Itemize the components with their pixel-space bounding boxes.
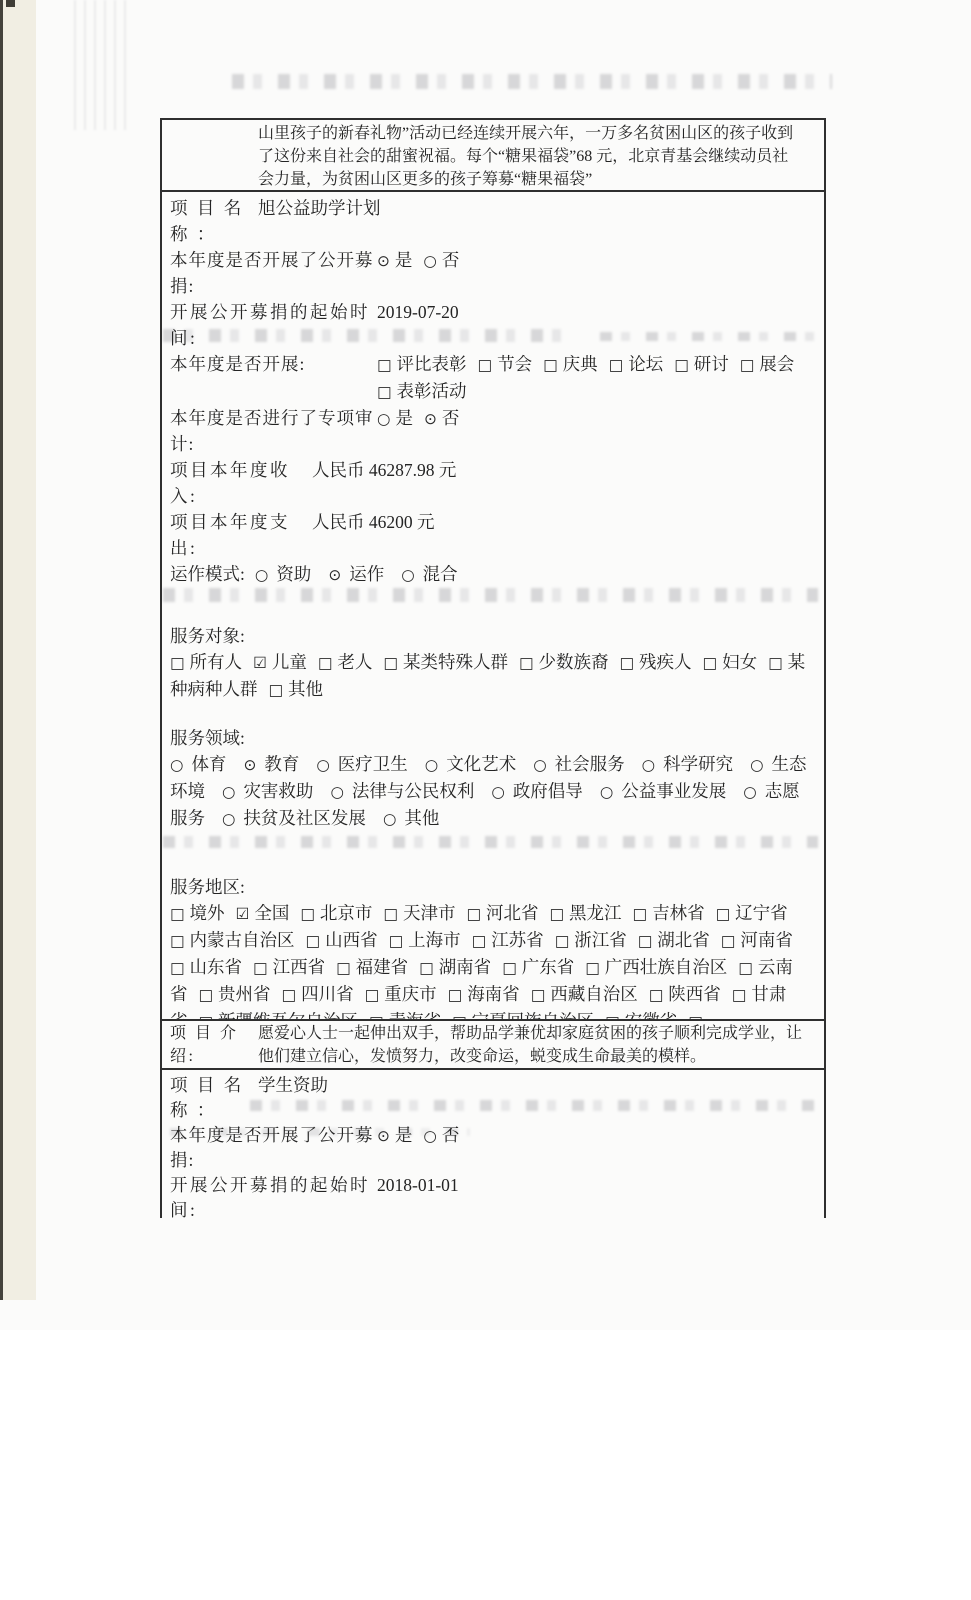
checkbox-option-残疾人[interactable]: □残疾人 (620, 652, 692, 672)
checkbox-option-安徽省[interactable]: □安徽省 (605, 1011, 677, 1021)
radio-icon: ○ (377, 410, 390, 428)
radio-option-是[interactable]: ⊙是 (377, 250, 412, 270)
project-brief-text: 愿爱心人士一起伸出双手，帮助品学兼优却家庭贫困的孩子顺利完成学业，让 他们建立信… (258, 1022, 814, 1068)
checkbox-option-湖北省[interactable]: □湖北省 (638, 930, 710, 950)
scan-bleed-artifact (232, 74, 832, 89)
scan-corner-artifact (6, 0, 15, 7)
checkbox-option-海南省[interactable]: □海南省 (448, 984, 520, 1004)
checkbox-option-福建省[interactable]: □福建省 (336, 957, 408, 977)
checkbox-option-河北省[interactable]: □河北省 (466, 903, 538, 923)
radio-option-教育[interactable]: ⊙教育 (243, 754, 299, 774)
radio-option-扶贫及社区发展[interactable]: ○扶贫及社区发展 (222, 808, 366, 828)
checkbox-icon: □ (609, 356, 624, 374)
radio-icon: ○ (222, 783, 235, 801)
checkbox-icon: □ (365, 986, 380, 1004)
checkbox-icon: □ (253, 959, 268, 977)
checkbox-option-全国[interactable]: ☑全国 (236, 903, 290, 923)
radio-icon: ○ (330, 783, 343, 801)
radio-selected-icon: ⊙ (328, 566, 341, 584)
checkbox-icon: □ (170, 654, 185, 672)
project1-details-cell: 项 目 名 称 ： 旭公益助学计划 本年度是否开展了公开募 捐: ⊙是○否 开展… (162, 192, 824, 1021)
checkbox-icon: □ (377, 356, 392, 374)
checkbox-icon: □ (674, 356, 689, 374)
radio-icon: ○ (170, 756, 183, 774)
public-fundraising-radio-group: ⊙是○否 (377, 1123, 814, 1173)
annual-report-form-table: 山里孩子的新春礼物”活动已经连续开展六年，一万多名贫困山区的孩子收到 了这份来自… (160, 118, 826, 1218)
checkbox-icon: □ (531, 986, 546, 1004)
radio-selected-icon: ⊙ (243, 756, 256, 774)
service-fields-label: 服务领域: (170, 725, 814, 751)
income-value: 人民币 46287.98 元 (312, 457, 814, 509)
checkbox-icon: □ (721, 932, 736, 950)
checkbox-option-山东省[interactable]: □山东省 (170, 957, 242, 977)
project1-name-row: 项 目 名 称 ： 旭公益助学计划 (170, 195, 814, 247)
checkbox-icon: □ (377, 383, 392, 401)
radio-icon: ○ (255, 566, 268, 584)
radio-option-其他[interactable]: ○其他 (383, 808, 439, 828)
checkbox-icon: □ (620, 654, 635, 672)
checkbox-icon: □ (732, 986, 747, 1004)
public-fundraising-radio-group: ⊙是○否 (377, 247, 814, 299)
checkbox-icon: □ (269, 681, 284, 699)
project-intro-continuation-cell: 山里孩子的新春礼物”活动已经连续开展六年，一万多名贫困山区的孩子收到 了这份来自… (162, 120, 824, 192)
project-intro-continuation-text: 山里孩子的新春礼物”活动已经连续开展六年，一万多名贫困山区的孩子收到 了这份来自… (258, 122, 814, 191)
radio-icon: ○ (425, 756, 438, 774)
expense-value: 人民币 46200 元 (312, 509, 814, 561)
checkbox-icon: □ (478, 356, 493, 374)
checkbox-option-少数族裔[interactable]: □少数族裔 (519, 652, 609, 672)
checkbox-icon: □ (336, 959, 351, 977)
checkbox-option-青海省[interactable]: □青海省 (369, 1011, 441, 1021)
service-fields-radio-group: ○体育⊙教育○医疗卫生○文化艺术○社会服务○科学研究○生态环境○灾害救助○法律与… (170, 751, 814, 832)
radio-icon: ○ (383, 810, 396, 828)
project1-income-row: 项目本年度收 入: 人民币 46287.98 元 (170, 457, 814, 509)
checkbox-option-妇女[interactable]: □妇女 (703, 652, 758, 672)
operation-mode-label: 运作模式: (170, 564, 245, 584)
project2-public-fundraising-row: 本年度是否开展了公开募 捐: ⊙是○否 (170, 1123, 814, 1173)
scanned-page-background: 山里孩子的新春礼物”活动已经连续开展六年，一万多名贫困山区的孩子收到 了这份来自… (0, 0, 971, 1330)
checkbox-icon: □ (369, 1013, 384, 1021)
fundraising-start-date: 2018-01-01 (377, 1173, 814, 1218)
spacer (170, 588, 814, 623)
radio-icon: ○ (533, 756, 546, 774)
checkbox-option-吉林省[interactable]: □吉林省 (633, 903, 705, 923)
checkbox-option-黑龙江[interactable]: □黑龙江 (550, 903, 622, 923)
checkbox-option-江苏省[interactable]: □江苏省 (472, 930, 544, 950)
radio-option-是[interactable]: ⊙是 (377, 1125, 412, 1145)
checkbox-option-天津市[interactable]: □天津市 (383, 903, 455, 923)
radio-option-医疗卫生[interactable]: ○医疗卫生 (316, 754, 407, 774)
checkbox-icon: □ (716, 905, 731, 923)
project1-brief-cell: 项 目 介 绍: 愿爱心人士一起伸出双手，帮助品学兼优却家庭贫困的孩子顺利完成学… (162, 1021, 824, 1070)
scanned-document-page: { "colors": { "ink": "#242424", "table_b… (0, 0, 971, 1600)
radio-icon: ○ (401, 566, 414, 584)
checkbox-icon: □ (703, 654, 718, 672)
checkbox-option-河南省[interactable]: □河南省 (721, 930, 793, 950)
checkbox-option-宁夏回族自治区[interactable]: □宁夏回族自治区 (452, 1011, 594, 1021)
checkbox-option-老人[interactable]: □老人 (318, 652, 373, 672)
project1-public-fundraising-row: 本年度是否开展了公开募 捐: ⊙是○否 (170, 247, 814, 299)
spacer (170, 832, 814, 874)
project2-name-row: 项 目 名 称 ： 学生资助 (170, 1073, 814, 1123)
checkbox-option-blank[interactable]: □ (688, 1011, 708, 1021)
checkbox-icon: □ (389, 932, 404, 950)
checkbox-icon: □ (738, 959, 753, 977)
fundraising-start-label: 开展公开募捐的起始时 间: (170, 1173, 377, 1218)
checkbox-icon: □ (649, 986, 664, 1004)
checkbox-icon: □ (638, 932, 653, 950)
checkbox-icon: □ (383, 654, 398, 672)
project2-fundraising-start-row: 开展公开募捐的起始时 间: 2018-01-01 (170, 1173, 814, 1218)
checkbox-icon: □ (502, 959, 517, 977)
radio-selected-icon: ⊙ (424, 410, 437, 428)
checkbox-option-论坛[interactable]: □论坛 (609, 354, 664, 374)
special-audit-radio-group: ○是⊙否 (377, 405, 814, 457)
checkbox-option-广西壮族自治区[interactable]: □广西壮族自治区 (585, 957, 727, 977)
operation-mode-radio-group: ○资助⊙运作○混合 (255, 564, 475, 584)
service-regions-checkbox-group: □境外☑全国□北京市□天津市□河北省□黑龙江□吉林省□辽宁省□内蒙古自治区□山西… (170, 900, 814, 1021)
expense-label: 项目本年度支 出: (170, 509, 312, 561)
scan-edge-line (0, 0, 3, 1300)
checkbox-icon: □ (543, 356, 558, 374)
radio-icon: ○ (750, 756, 763, 774)
checkbox-option-儿童[interactable]: ☑儿童 (253, 652, 307, 672)
project-brief-label: 项 目 介 绍: (170, 1022, 258, 1068)
fundraising-start-label: 开展公开募捐的起始时 间: (170, 299, 377, 351)
checkbox-icon: □ (466, 905, 481, 923)
project1-service-targets-group: 服务对象: □所有人☑儿童□老人□某类特殊人群□少数族裔□残疾人□妇女□某种病种… (170, 623, 814, 703)
project1-activities-row: 本年度是否开展: □评比表彰□节会□庆典□论坛□研讨□展会□表彰活动 (170, 351, 814, 405)
fundraising-start-date: 2019-07-20 (377, 299, 814, 351)
checkbox-option-内蒙古自治区[interactable]: □内蒙古自治区 (170, 930, 295, 950)
checkbox-option-重庆市[interactable]: □重庆市 (365, 984, 437, 1004)
project1-operation-mode-row: 运作模式:○资助⊙运作○混合 (170, 561, 814, 588)
radio-option-社会服务[interactable]: ○社会服务 (533, 754, 624, 774)
radio-option-是[interactable]: ○是 (377, 408, 413, 428)
checkbox-icon: □ (688, 1013, 703, 1021)
checkbox-icon: □ (519, 654, 534, 672)
checkbox-option-四川省[interactable]: □四川省 (282, 984, 354, 1004)
checkbox-option-贵州省[interactable]: □贵州省 (199, 984, 271, 1004)
project1-expense-row: 项目本年度支 出: 人民币 46200 元 (170, 509, 814, 561)
checkbox-icon: □ (555, 932, 570, 950)
checkbox-option-庆典[interactable]: □庆典 (543, 354, 598, 374)
checkbox-option-上海市[interactable]: □上海市 (389, 930, 461, 950)
public-fundraising-label: 本年度是否开展了公开募 捐: (170, 1123, 377, 1173)
radio-option-否[interactable]: ⊙否 (424, 408, 459, 428)
checkbox-icon: □ (199, 986, 214, 1004)
checkbox-option-境外[interactable]: □境外 (170, 903, 225, 923)
service-regions-label: 服务地区: (170, 874, 814, 900)
checkbox-icon: □ (170, 932, 185, 950)
radio-icon: ○ (423, 1127, 436, 1145)
checkbox-option-陕西省[interactable]: □陕西省 (649, 984, 721, 1004)
checkbox-icon: □ (768, 654, 783, 672)
radio-selected-icon: ⊙ (377, 1127, 390, 1145)
checkbox-option-表彰活动[interactable]: □表彰活动 (377, 381, 467, 401)
income-label: 项目本年度收 入: (170, 457, 312, 509)
checkbox-icon: □ (282, 986, 297, 1004)
checkbox-option-江西省[interactable]: □江西省 (253, 957, 325, 977)
checkbox-option-北京市[interactable]: □北京市 (300, 903, 372, 923)
radio-icon: ○ (743, 783, 756, 801)
radio-option-体育[interactable]: ○体育 (170, 754, 226, 774)
radio-option-法律与公民权利[interactable]: ○法律与公民权利 (330, 781, 474, 801)
checkbox-option-西藏自治区[interactable]: □西藏自治区 (531, 984, 638, 1004)
project2-details-cell: 项 目 名 称 ： 学生资助 本年度是否开展了公开募 捐: ⊙是○否 开展公开募… (162, 1070, 824, 1218)
checkbox-option-某类特殊人群[interactable]: □某类特殊人群 (383, 652, 508, 672)
checkbox-option-展会[interactable]: □展会 (740, 354, 795, 374)
radio-option-科学研究[interactable]: ○科学研究 (642, 754, 733, 774)
checkbox-option-新疆维吾尔自治区[interactable]: □新疆维吾尔自治区 (199, 1011, 359, 1021)
radio-icon: ○ (423, 252, 436, 270)
activities-checkbox-group: □评比表彰□节会□庆典□论坛□研讨□展会□表彰活动 (377, 351, 814, 405)
checkbox-option-山西省[interactable]: □山西省 (306, 930, 378, 950)
radio-icon: ○ (600, 783, 613, 801)
radio-option-资助[interactable]: ○资助 (255, 564, 311, 584)
checkbox-icon: □ (633, 905, 648, 923)
radio-icon: ○ (222, 810, 235, 828)
checkbox-icon: □ (318, 654, 333, 672)
service-targets-label: 服务对象: (170, 623, 814, 649)
checkbox-option-广东省[interactable]: □广东省 (502, 957, 574, 977)
checkbox-option-湖南省[interactable]: □湖南省 (419, 957, 491, 977)
public-fundraising-label: 本年度是否开展了公开募 捐: (170, 247, 377, 299)
project1-service-regions-group: 服务地区: □境外☑全国□北京市□天津市□河北省□黑龙江□吉林省□辽宁省□内蒙古… (170, 874, 814, 1021)
checkbox-icon: □ (585, 959, 600, 977)
checkbox-icon: □ (740, 356, 755, 374)
radio-icon: ○ (642, 756, 655, 774)
project1-fundraising-start-row: 开展公开募捐的起始时 间: 2019-07-20 (170, 299, 814, 351)
scan-streak-artifact (74, 0, 126, 130)
radio-option-否[interactable]: ○否 (423, 1125, 459, 1145)
radio-icon: ○ (491, 783, 504, 801)
project1-special-audit-row: 本年度是否进行了专项审 计: ○是⊙否 (170, 405, 814, 457)
checkbox-icon: □ (419, 959, 434, 977)
radio-option-否[interactable]: ○否 (423, 250, 459, 270)
checkbox-option-节会[interactable]: □节会 (478, 354, 533, 374)
checkbox-icon: □ (170, 905, 185, 923)
radio-icon: ○ (316, 756, 329, 774)
activities-label: 本年度是否开展: (170, 351, 377, 405)
checkbox-icon: □ (550, 905, 565, 923)
checkbox-icon: □ (605, 1013, 620, 1021)
radio-selected-icon: ⊙ (377, 252, 390, 270)
project-name-value: 学生资助 (258, 1073, 814, 1123)
radio-option-政府倡导[interactable]: ○政府倡导 (491, 781, 582, 801)
checkbox-icon: □ (452, 1013, 467, 1021)
checkbox-option-所有人[interactable]: □所有人 (170, 652, 242, 672)
checkbox-icon: □ (306, 932, 321, 950)
project-name-label: 项 目 名 称 ： (170, 1073, 258, 1123)
spacer (170, 703, 814, 725)
radio-option-公益事业发展[interactable]: ○公益事业发展 (600, 781, 726, 801)
checkbox-checked-icon: ☑ (253, 654, 267, 672)
checkbox-icon: □ (199, 1013, 214, 1021)
checkbox-icon: □ (448, 986, 463, 1004)
radio-option-运作[interactable]: ⊙运作 (328, 564, 384, 584)
checkbox-icon: □ (472, 932, 487, 950)
service-targets-checkbox-group: □所有人☑儿童□老人□某类特殊人群□少数族裔□残疾人□妇女□某种病种人群□其他 (170, 649, 814, 703)
checkbox-option-其他[interactable]: □其他 (269, 679, 324, 699)
checkbox-icon: □ (383, 905, 398, 923)
checkbox-checked-icon: ☑ (236, 905, 250, 923)
scanner-margin-strip (0, 0, 36, 1300)
checkbox-option-评比表彰[interactable]: □评比表彰 (377, 354, 467, 374)
checkbox-option-研讨[interactable]: □研讨 (674, 354, 729, 374)
radio-option-文化艺术[interactable]: ○文化艺术 (425, 754, 516, 774)
special-audit-label: 本年度是否进行了专项审 计: (170, 405, 377, 457)
checkbox-icon: □ (300, 905, 315, 923)
project-name-value: 旭公益助学计划 (258, 195, 814, 247)
checkbox-option-浙江省[interactable]: □浙江省 (555, 930, 627, 950)
radio-option-灾害救助[interactable]: ○灾害救助 (222, 781, 313, 801)
project1-service-fields-group: 服务领域: ○体育⊙教育○医疗卫生○文化艺术○社会服务○科学研究○生态环境○灾害… (170, 725, 814, 832)
project-name-label: 项 目 名 称 ： (170, 195, 258, 247)
checkbox-icon: □ (170, 959, 185, 977)
radio-option-混合[interactable]: ○混合 (401, 564, 457, 584)
checkbox-option-辽宁省[interactable]: □辽宁省 (716, 903, 788, 923)
